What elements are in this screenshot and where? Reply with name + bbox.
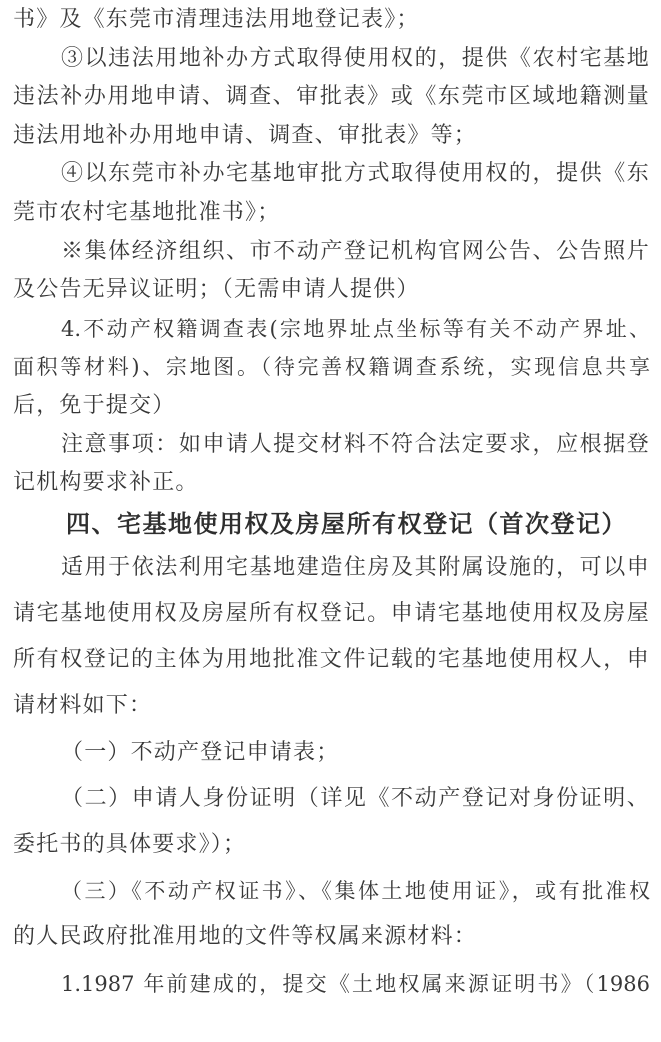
document-line: ③以违法用地补办方式取得使用权的，提供《农村宅基地 [13,40,650,79]
document-line: 适用于依法利用宅基地建造住房及其附属设施的，可以申 [13,545,650,591]
document-line: 莞市农村宅基地批准书》； [13,194,650,233]
document-line: 及公告无异议证明；（无需申请人提供） [13,271,650,310]
document-line: 后，免于提交） [13,387,650,426]
document-line: 请材料如下： [13,683,650,729]
document-line: 面积等材料)、宗地图。（待完善权籍调查系统，实现信息共享 [13,348,650,387]
document-line: 违法用地补办用地申请、调查、审批表》等； [13,117,650,156]
document-page: 书》及《东莞市清理违法用地登记表》； ③以违法用地补办方式取得使用权的，提供《农… [0,0,661,1042]
document-line: 记机构要求补正。 [13,464,650,503]
document-line: （二）申请人身份证明（详见《不动产登记对身份证明、 [13,776,650,822]
document-line: 注意事项：如申请人提交材料不符合法定要求，应根据登 [13,426,650,465]
document-line: 所有权登记的主体为用地批准文件记载的宅基地使用权人，申 [13,637,650,683]
document-line: 4.不动产权籍调查表(宗地界址点坐标等有关不动产界址、 [13,310,650,349]
document-line: 的人民政府批准用地的文件等权属来源材料： [13,914,650,960]
document-line: （三）《不动产权证书》、《集体土地使用证》，或有批准权 [13,868,650,914]
document-line: 1.1987 年前建成的，提交《土地权属来源证明书》（1986 [13,961,650,1007]
document-line: （一）不动产登记申请表； [13,730,650,776]
document-line: 书》及《东莞市清理违法用地登记表》； [13,1,650,40]
section-heading: 四、宅基地使用权及房屋所有权登记（首次登记） [13,503,650,545]
document-line: 违法补办用地申请、调查、审批表》或《东莞市区域地籍测量 [13,78,650,117]
document-line: ※集体经济组织、市不动产登记机构官网公告、公告照片 [13,233,650,272]
document-line: 委托书的具体要求》）； [13,822,650,868]
document-line: 请宅基地使用权及房屋所有权登记。申请宅基地使用权及房屋 [13,591,650,637]
document-line: ④以东莞市补办宅基地审批方式取得使用权的，提供《东 [13,155,650,194]
